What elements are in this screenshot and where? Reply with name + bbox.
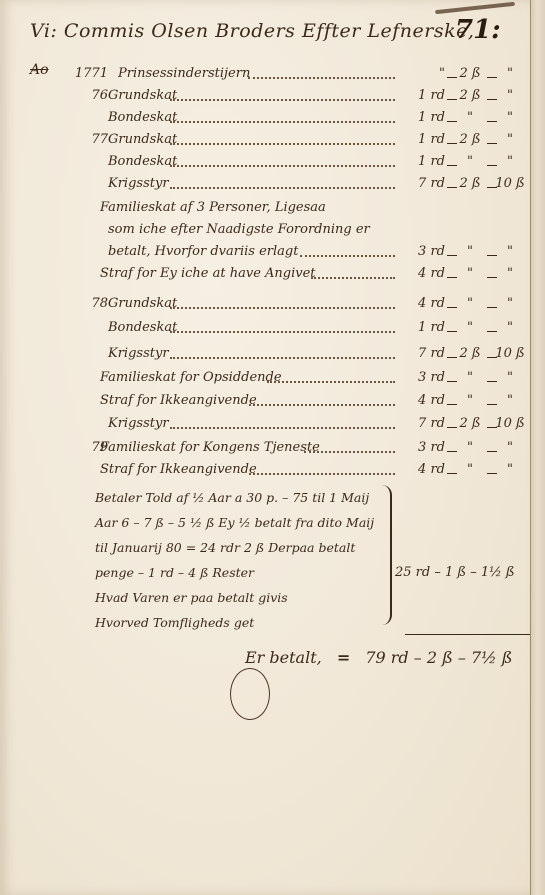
amount-skilling: " xyxy=(495,266,525,281)
page-edge xyxy=(530,0,545,895)
amount-mark: 2 ß xyxy=(455,176,485,191)
entry-description: Grundskat xyxy=(108,132,177,147)
ledger-row: 78Grundskat4 rd"" xyxy=(0,296,530,318)
amount-mark: " xyxy=(455,440,485,455)
grand-total: Er betalt, = 79 rd – 2 ß – 7½ ß xyxy=(245,648,512,667)
leader-dots xyxy=(170,331,395,333)
entry-description: Bondeskat xyxy=(108,110,177,125)
amount-skilling: " xyxy=(495,88,525,103)
ledger-row: 79Familieskat for Kongens Tjeneste3 rd"" xyxy=(0,440,530,462)
leader-dots xyxy=(248,77,395,79)
amount-rigsdaler: 1 rd xyxy=(395,132,445,147)
amount-rigsdaler: 4 rd xyxy=(395,462,445,477)
amount-rigsdaler: 1 rd xyxy=(395,320,445,335)
amount-rigsdaler: 4 rd xyxy=(395,296,445,311)
leader-dots xyxy=(170,307,395,309)
total-equals: = xyxy=(337,648,350,667)
amount-mark: " xyxy=(455,110,485,125)
amount-skilling: " xyxy=(495,110,525,125)
note-line: til Januarij 80 = 24 rdr 2 ß Derpaa beta… xyxy=(95,540,355,555)
amount-rigsdaler: 4 rd xyxy=(395,393,445,408)
ink-flourish xyxy=(230,668,270,720)
leader-dots xyxy=(267,381,395,383)
amount-skilling: " xyxy=(495,66,525,81)
amount-skilling: " xyxy=(495,370,525,385)
ledger-row: Krigsstyr7 rd2 ß10 ß xyxy=(0,176,530,198)
ledger-page: Vi: Commis Olsen Broders Effter Lefnersk… xyxy=(0,0,530,895)
ledger-row: Bondeskat1 rd"" xyxy=(0,154,530,176)
total-amount: 79 rd – 2 ß – 7½ ß xyxy=(365,648,512,667)
amount-skilling: " xyxy=(495,462,525,477)
ledger-row: Familieskat for Opsiddende3 rd"" xyxy=(0,370,530,392)
amount-rigsdaler: 3 rd xyxy=(395,440,445,455)
amount-mark: 2 ß xyxy=(455,88,485,103)
amount-rigsdaler: 7 rd xyxy=(395,176,445,191)
bracket-total: 25 rd – 1 ß – 1½ ß xyxy=(395,565,515,580)
folio-number: 71: xyxy=(455,15,501,45)
ledger-row: betalt, Hvorfor dvariis erlagt3 rd"" xyxy=(0,244,530,266)
entry-description: Familieskat for Opsiddende xyxy=(100,370,282,385)
ledger-row: 77Grundskat1 rd2 ß" xyxy=(0,132,530,154)
amount-mark: 2 ß xyxy=(455,346,485,361)
leader-dots xyxy=(170,357,395,359)
entry-description: Straf for Ikkeangivende xyxy=(100,462,257,477)
amount-skilling: " xyxy=(495,296,525,311)
ledger-row: 1771Prinsessinderstijern"2 ß" xyxy=(0,66,530,88)
amount-mark: " xyxy=(455,296,485,311)
note-line: Betaler Told af ½ Aar a 30 p. – 75 til 1… xyxy=(95,490,369,505)
ledger-row: 76Grundskat1 rd2 ß" xyxy=(0,88,530,110)
sum-line xyxy=(405,634,530,635)
leader-dots xyxy=(170,143,395,145)
leader-dots xyxy=(170,165,395,167)
leader-dots xyxy=(249,473,395,475)
ledger-row: som iche efter Naadigste Forordning er xyxy=(0,222,530,244)
amount-skilling: " xyxy=(495,244,525,259)
leader-dots xyxy=(170,99,395,101)
entry-description: Grundskat xyxy=(108,296,177,311)
entry-description: som iche efter Naadigste Forordning er xyxy=(108,222,370,237)
amount-skilling: " xyxy=(495,154,525,169)
leader-dots xyxy=(300,255,395,257)
amount-skilling: " xyxy=(495,440,525,455)
ledger-row: Bondeskat1 rd"" xyxy=(0,110,530,132)
ledger-row: Straf for Ikkeangivende4 rd"" xyxy=(0,462,530,484)
entry-description: Krigsstyr xyxy=(108,346,169,361)
amount-skilling: 10 ß xyxy=(495,176,525,191)
leader-dots xyxy=(170,121,395,123)
amount-mark: " xyxy=(455,154,485,169)
bracket xyxy=(382,485,392,625)
amount-rigsdaler: 7 rd xyxy=(395,346,445,361)
leader-dots xyxy=(304,451,395,453)
amount-rigsdaler: " xyxy=(395,66,445,81)
entry-description: Familieskat for Kongens Tjeneste xyxy=(100,440,320,455)
entry-description: betalt, Hvorfor dvariis erlagt xyxy=(108,244,298,259)
amount-skilling: " xyxy=(495,393,525,408)
amount-skilling: 10 ß xyxy=(495,416,525,431)
note-line: Aar 6 – 7 ß – 5 ½ ß Ey ½ betalt fra dito… xyxy=(95,515,374,530)
amount-skilling: 10 ß xyxy=(495,346,525,361)
entry-year: 78 xyxy=(70,296,108,311)
entry-description: Straf for Ikkeangivende xyxy=(100,393,257,408)
amount-mark: " xyxy=(455,393,485,408)
entry-year: 1771 xyxy=(70,66,108,81)
entry-description: Krigsstyr xyxy=(108,176,169,191)
ledger-row: Krigsstyr7 rd2 ß10 ß xyxy=(0,416,530,438)
entry-description: Krigsstyr xyxy=(108,416,169,431)
amount-rigsdaler: 3 rd xyxy=(395,370,445,385)
entry-description: Prinsessinderstijern xyxy=(118,66,250,81)
amount-mark: 2 ß xyxy=(455,416,485,431)
total-label: Er betalt, xyxy=(245,648,322,667)
ledger-row: Familieskat af 3 Personer, Ligesaa xyxy=(0,200,530,222)
amount-mark: " xyxy=(455,244,485,259)
amount-mark: 2 ß xyxy=(455,132,485,147)
amount-mark: " xyxy=(455,370,485,385)
leader-dots xyxy=(249,404,395,406)
ledger-row: Straf for Ikkeangivende4 rd"" xyxy=(0,393,530,415)
amount-mark: 2 ß xyxy=(455,66,485,81)
amount-rigsdaler: 1 rd xyxy=(395,88,445,103)
page-heading: Vi: Commis Olsen Broders Effter Lefnersk… xyxy=(30,20,474,42)
note-line: Hvorved Tomfligheds get xyxy=(95,615,254,630)
amount-skilling: " xyxy=(495,132,525,147)
ink-stroke xyxy=(435,2,515,14)
note-line: penge – 1 rd – 4 ß Rester xyxy=(95,565,254,580)
amount-mark: " xyxy=(455,320,485,335)
leader-dots xyxy=(311,277,395,279)
amount-rigsdaler: 3 rd xyxy=(395,244,445,259)
leader-dots xyxy=(170,187,395,189)
amount-rigsdaler: 1 rd xyxy=(395,154,445,169)
entry-description: Familieskat af 3 Personer, Ligesaa xyxy=(100,200,326,215)
amount-skilling: " xyxy=(495,320,525,335)
entry-description: Straf for Ey iche at have Angivet xyxy=(100,266,316,281)
entry-description: Grundskat xyxy=(108,88,177,103)
entry-year: 76 xyxy=(70,88,108,103)
note-line: Hvad Varen er paa betalt givis xyxy=(95,590,288,605)
amount-rigsdaler: 4 rd xyxy=(395,266,445,281)
ledger-row: Straf for Ey iche at have Angivet4 rd"" xyxy=(0,266,530,288)
amount-rigsdaler: 1 rd xyxy=(395,110,445,125)
amount-rigsdaler: 7 rd xyxy=(395,416,445,431)
ledger-row: Krigsstyr7 rd2 ß10 ß xyxy=(0,346,530,368)
leader-dots xyxy=(170,427,395,429)
entry-description: Bondeskat xyxy=(108,320,177,335)
ledger-row: Bondeskat1 rd"" xyxy=(0,320,530,342)
amount-mark: " xyxy=(455,462,485,477)
entry-description: Bondeskat xyxy=(108,154,177,169)
amount-mark: " xyxy=(455,266,485,281)
entry-year: 77 xyxy=(70,132,108,147)
